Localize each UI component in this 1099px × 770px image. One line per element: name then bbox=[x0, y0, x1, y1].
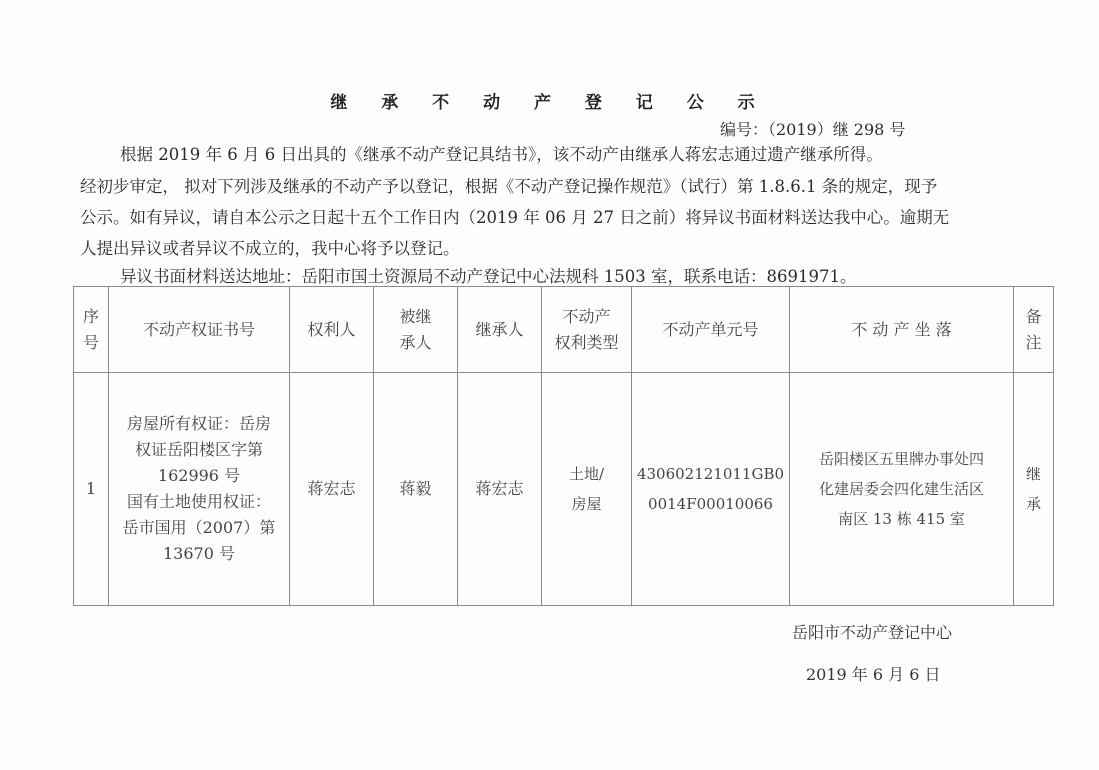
cell-location: 岳阳楼区五里牌办事处四 化建居委会四化建生活区 南区 13 栋 415 室 bbox=[790, 373, 1014, 606]
registration-table: 序 号 不动产权证书号 权利人 被继 承人 继承人 不动产 权利类型 不动产单元… bbox=[73, 286, 1054, 606]
header-seq: 序 号 bbox=[74, 287, 109, 373]
cell-unit-no: 430602121011GB0 0014F00010066 bbox=[632, 373, 790, 606]
header-right-type-line2: 权利类型 bbox=[542, 330, 631, 356]
cell-decedent: 蒋毅 bbox=[374, 373, 458, 606]
right-type-line: 土地/ bbox=[542, 459, 631, 489]
paragraph-review-line2: 公示。如有异议，请自本公示之日起十五个工作日内（2019 年 06 月 27 日… bbox=[80, 203, 949, 233]
cert-no-line: 国有土地使用权证： bbox=[109, 489, 289, 515]
header-remark-line2: 注 bbox=[1014, 330, 1053, 356]
header-location: 不 动 产 坐 落 bbox=[790, 287, 1014, 373]
unit-no-line: 430602121011GB0 bbox=[632, 459, 789, 489]
location-line: 岳阳楼区五里牌办事处四 bbox=[790, 444, 1013, 474]
header-right-type: 不动产 权利类型 bbox=[542, 287, 632, 373]
location-line: 化建居委会四化建生活区 bbox=[790, 474, 1013, 504]
cert-no-line: 13670 号 bbox=[109, 541, 289, 567]
remark-line: 继 bbox=[1014, 459, 1053, 489]
cell-right-type: 土地/ 房屋 bbox=[542, 373, 632, 606]
location-line: 南区 13 栋 415 室 bbox=[790, 504, 1013, 534]
header-heir: 继承人 bbox=[458, 287, 542, 373]
cell-heir: 蒋宏志 bbox=[458, 373, 542, 606]
cert-no-line: 权证岳阳楼区字第 bbox=[109, 437, 289, 463]
document-number: 编号：（2019）继 298 号 bbox=[720, 117, 905, 140]
header-seq-line2: 号 bbox=[74, 330, 108, 356]
header-remark: 备 注 bbox=[1014, 287, 1054, 373]
table-header-row: 序 号 不动产权证书号 权利人 被继 承人 继承人 不动产 权利类型 不动产单元… bbox=[74, 287, 1054, 373]
cell-remark: 继 承 bbox=[1014, 373, 1054, 606]
cert-no-line: 房屋所有权证：岳房 bbox=[109, 411, 289, 437]
cert-no-line: 岳市国用（2007）第 bbox=[109, 515, 289, 541]
header-decedent-line1: 被继 bbox=[374, 304, 457, 330]
table-row: 1 房屋所有权证：岳房 权证岳阳楼区字第 162996 号 国有土地使用权证： … bbox=[74, 373, 1054, 606]
header-unit-no: 不动产单元号 bbox=[632, 287, 790, 373]
cell-right-holder: 蒋宏志 bbox=[290, 373, 374, 606]
signature-date: 2019 年 6 月 6 日 bbox=[806, 662, 941, 685]
paragraph-basis: 根据 2019 年 6 月 6 日出具的《继承不动产登记具结书》，该不动产由继承… bbox=[120, 140, 883, 170]
signature-organization: 岳阳市不动产登记中心 bbox=[792, 620, 952, 643]
header-decedent-line2: 承人 bbox=[374, 330, 457, 356]
page-title: 继 承 不 动 产 登 记 公 示 bbox=[0, 88, 1099, 113]
header-right-type-line1: 不动产 bbox=[542, 304, 631, 330]
cert-no-line: 162996 号 bbox=[109, 463, 289, 489]
header-cert-no: 不动产权证书号 bbox=[109, 287, 290, 373]
remark-line: 承 bbox=[1014, 489, 1053, 519]
cell-cert-no: 房屋所有权证：岳房 权证岳阳楼区字第 162996 号 国有土地使用权证： 岳市… bbox=[109, 373, 290, 606]
right-type-line: 房屋 bbox=[542, 489, 631, 519]
header-decedent: 被继 承人 bbox=[374, 287, 458, 373]
header-remark-line1: 备 bbox=[1014, 304, 1053, 330]
header-right-holder: 权利人 bbox=[290, 287, 374, 373]
cell-seq: 1 bbox=[74, 373, 109, 606]
header-seq-line1: 序 bbox=[74, 304, 108, 330]
paragraph-review-line3: 人提出异议或者异议不成立的，我中心将予以登记。 bbox=[80, 234, 460, 264]
paragraph-review-line1: 经初步审定， 拟对下列涉及继承的不动产予以登记，根据《不动产登记操作规范》（试行… bbox=[80, 172, 937, 202]
unit-no-line: 0014F00010066 bbox=[632, 489, 789, 519]
